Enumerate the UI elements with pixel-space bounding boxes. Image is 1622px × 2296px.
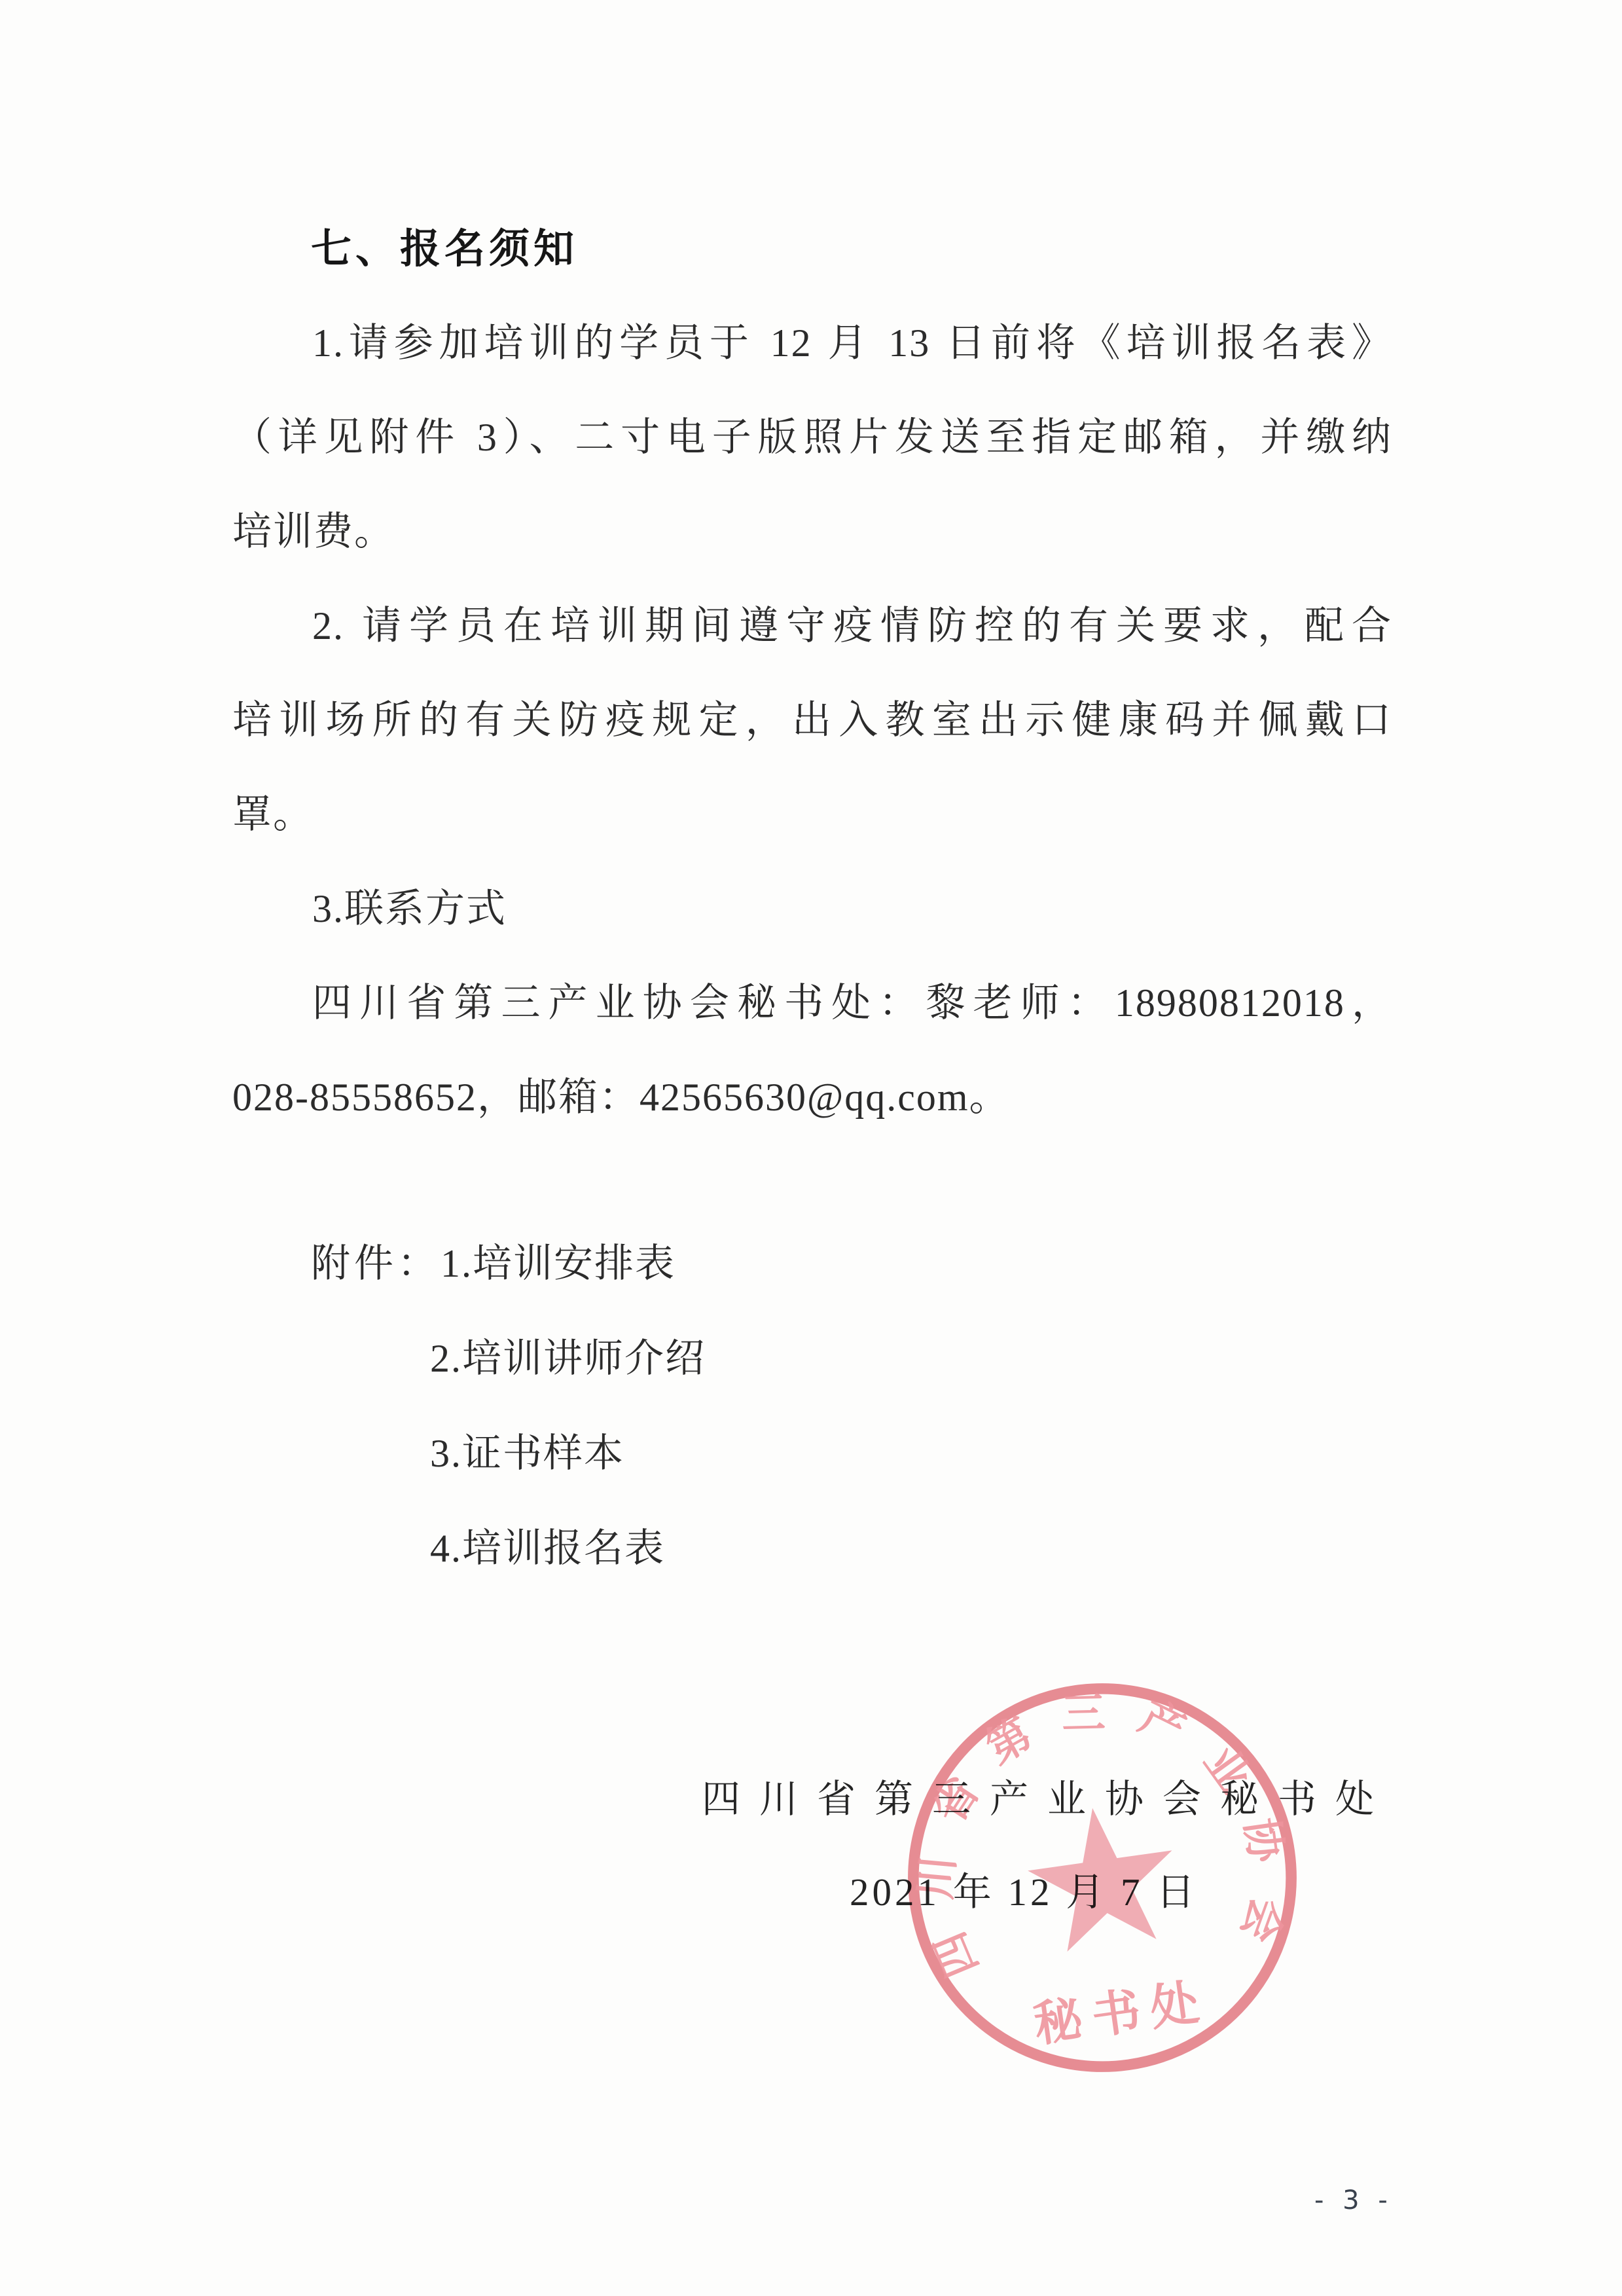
attachment-item: 附件：1.培训安排表 (311, 1216, 706, 1311)
seal-bottom-text: 秘书处 (1030, 1975, 1212, 2053)
attachment-item: 3.证书样本 (311, 1406, 706, 1501)
attachment-label: 附件： (311, 1242, 441, 1285)
body-text: 1.请参加培训的学员于 12 月 13 日前将《培训报名表》 （详见附件 3）、… (232, 296, 1392, 1144)
attachment-item: 2.培训讲师介绍 (311, 1311, 706, 1406)
official-seal: 四川省第三产业协会 秘书处 (872, 1647, 1333, 2109)
body-line: 四川省第三产业协会秘书处：黎老师：18980812018， (232, 956, 1392, 1050)
attachment-item-text: 1.培训安排表 (441, 1242, 676, 1285)
body-line: （详见附件 3）、二寸电子版照片发送至指定邮箱，并缴纳 (232, 390, 1392, 484)
body-line: 028-85558652，邮箱：42565630@qq.com。 (232, 1050, 1392, 1144)
body-line: 1.请参加培训的学员于 12 月 13 日前将《培训报名表》 (232, 296, 1392, 390)
page-number: - 3 - (1314, 2185, 1393, 2215)
document-page: 七、报名须知 1.请参加培训的学员于 12 月 13 日前将《培训报名表》 （详… (0, 0, 1622, 2296)
body-line: 罩。 (232, 767, 1392, 862)
body-line: 3.联系方式 (232, 862, 1392, 956)
attachment-list: 附件：1.培训安排表 2.培训讲师介绍 3.证书样本 4.培训报名表 (311, 1216, 706, 1596)
attachment-item: 4.培训报名表 (311, 1501, 706, 1596)
section-heading: 七、报名须知 (311, 216, 578, 274)
body-line: 培训费。 (232, 484, 1392, 579)
seal-star-icon (1020, 1798, 1184, 1956)
body-line: 培训场所的有关防疫规定，出入教室出示健康码并佩戴口 (232, 673, 1392, 767)
body-line: 2. 请学员在培训期间遵守疫情防控的有关要求，配合 (232, 579, 1392, 673)
